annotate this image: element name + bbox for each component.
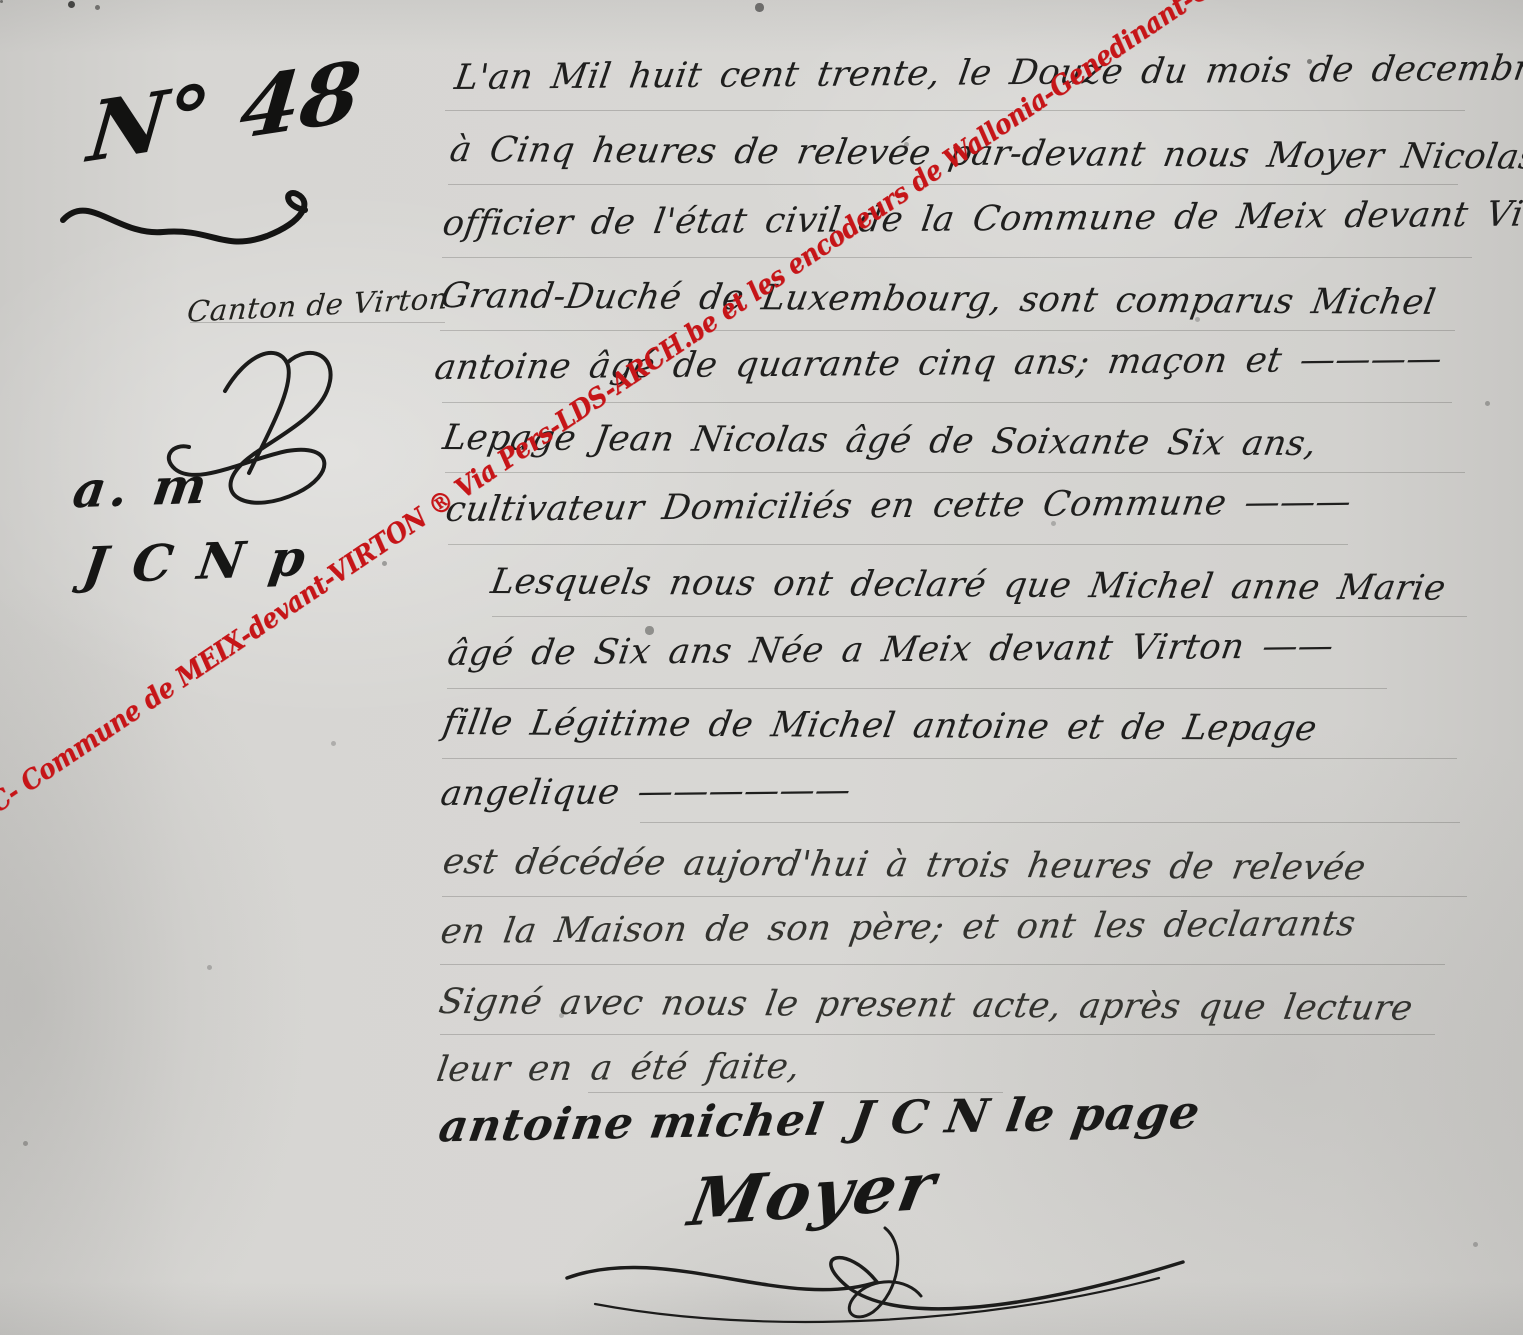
- baseline-rule: [440, 964, 1445, 965]
- baseline-rule: [442, 257, 1472, 258]
- baseline-rule: [447, 688, 1387, 689]
- baseline-rule: [442, 896, 1467, 897]
- act-line: angelique ——————: [438, 770, 854, 814]
- signature-declarant-2: J C N le page: [847, 1085, 1204, 1145]
- scanned-death-record-page: { "margin": { "act_number": "N° 48", "ca…: [0, 0, 1523, 1335]
- act-line: Lesquels nous ont declaré que Michel ann…: [488, 562, 1449, 609]
- baseline-rule: [442, 758, 1457, 759]
- act-line: est décédée aujord'hui à trois heures de…: [440, 842, 1369, 888]
- act-line: fille Légitime de Michel antoine et de L…: [440, 703, 1320, 749]
- act-line: Grand-Duché de Luxembourg, sont comparus…: [438, 276, 1439, 323]
- margin-initials-am: a. m: [69, 456, 214, 520]
- baseline-rule: [492, 616, 1467, 617]
- signature-flourish: [555, 1220, 1205, 1332]
- baseline-rule: [640, 822, 1460, 823]
- act-line: âgé de Six ans Née a Meix devant Virton …: [445, 626, 1337, 674]
- act-line: en la Maison de son père; et ont les dec…: [438, 904, 1358, 952]
- number-flourish: [55, 178, 360, 258]
- baseline-rule: [448, 184, 1458, 185]
- act-line: cultivateur Domiciliés en cette Commune …: [443, 482, 1354, 530]
- baseline-rule: [445, 110, 1465, 111]
- act-line: leur en a été faite,: [434, 1047, 803, 1090]
- baseline-rule: [448, 544, 1348, 545]
- signature-declarant-1: antoine michel: [435, 1095, 827, 1153]
- baseline-rule: [440, 1034, 1435, 1035]
- margin-initials-jcnp: J C N p: [79, 528, 313, 595]
- ink-specks: [0, 0, 3, 3]
- baseline-rule: [445, 472, 1465, 473]
- act-line: Signé avec nous le present acte, après q…: [436, 982, 1416, 1029]
- baseline-rule: [440, 330, 1455, 331]
